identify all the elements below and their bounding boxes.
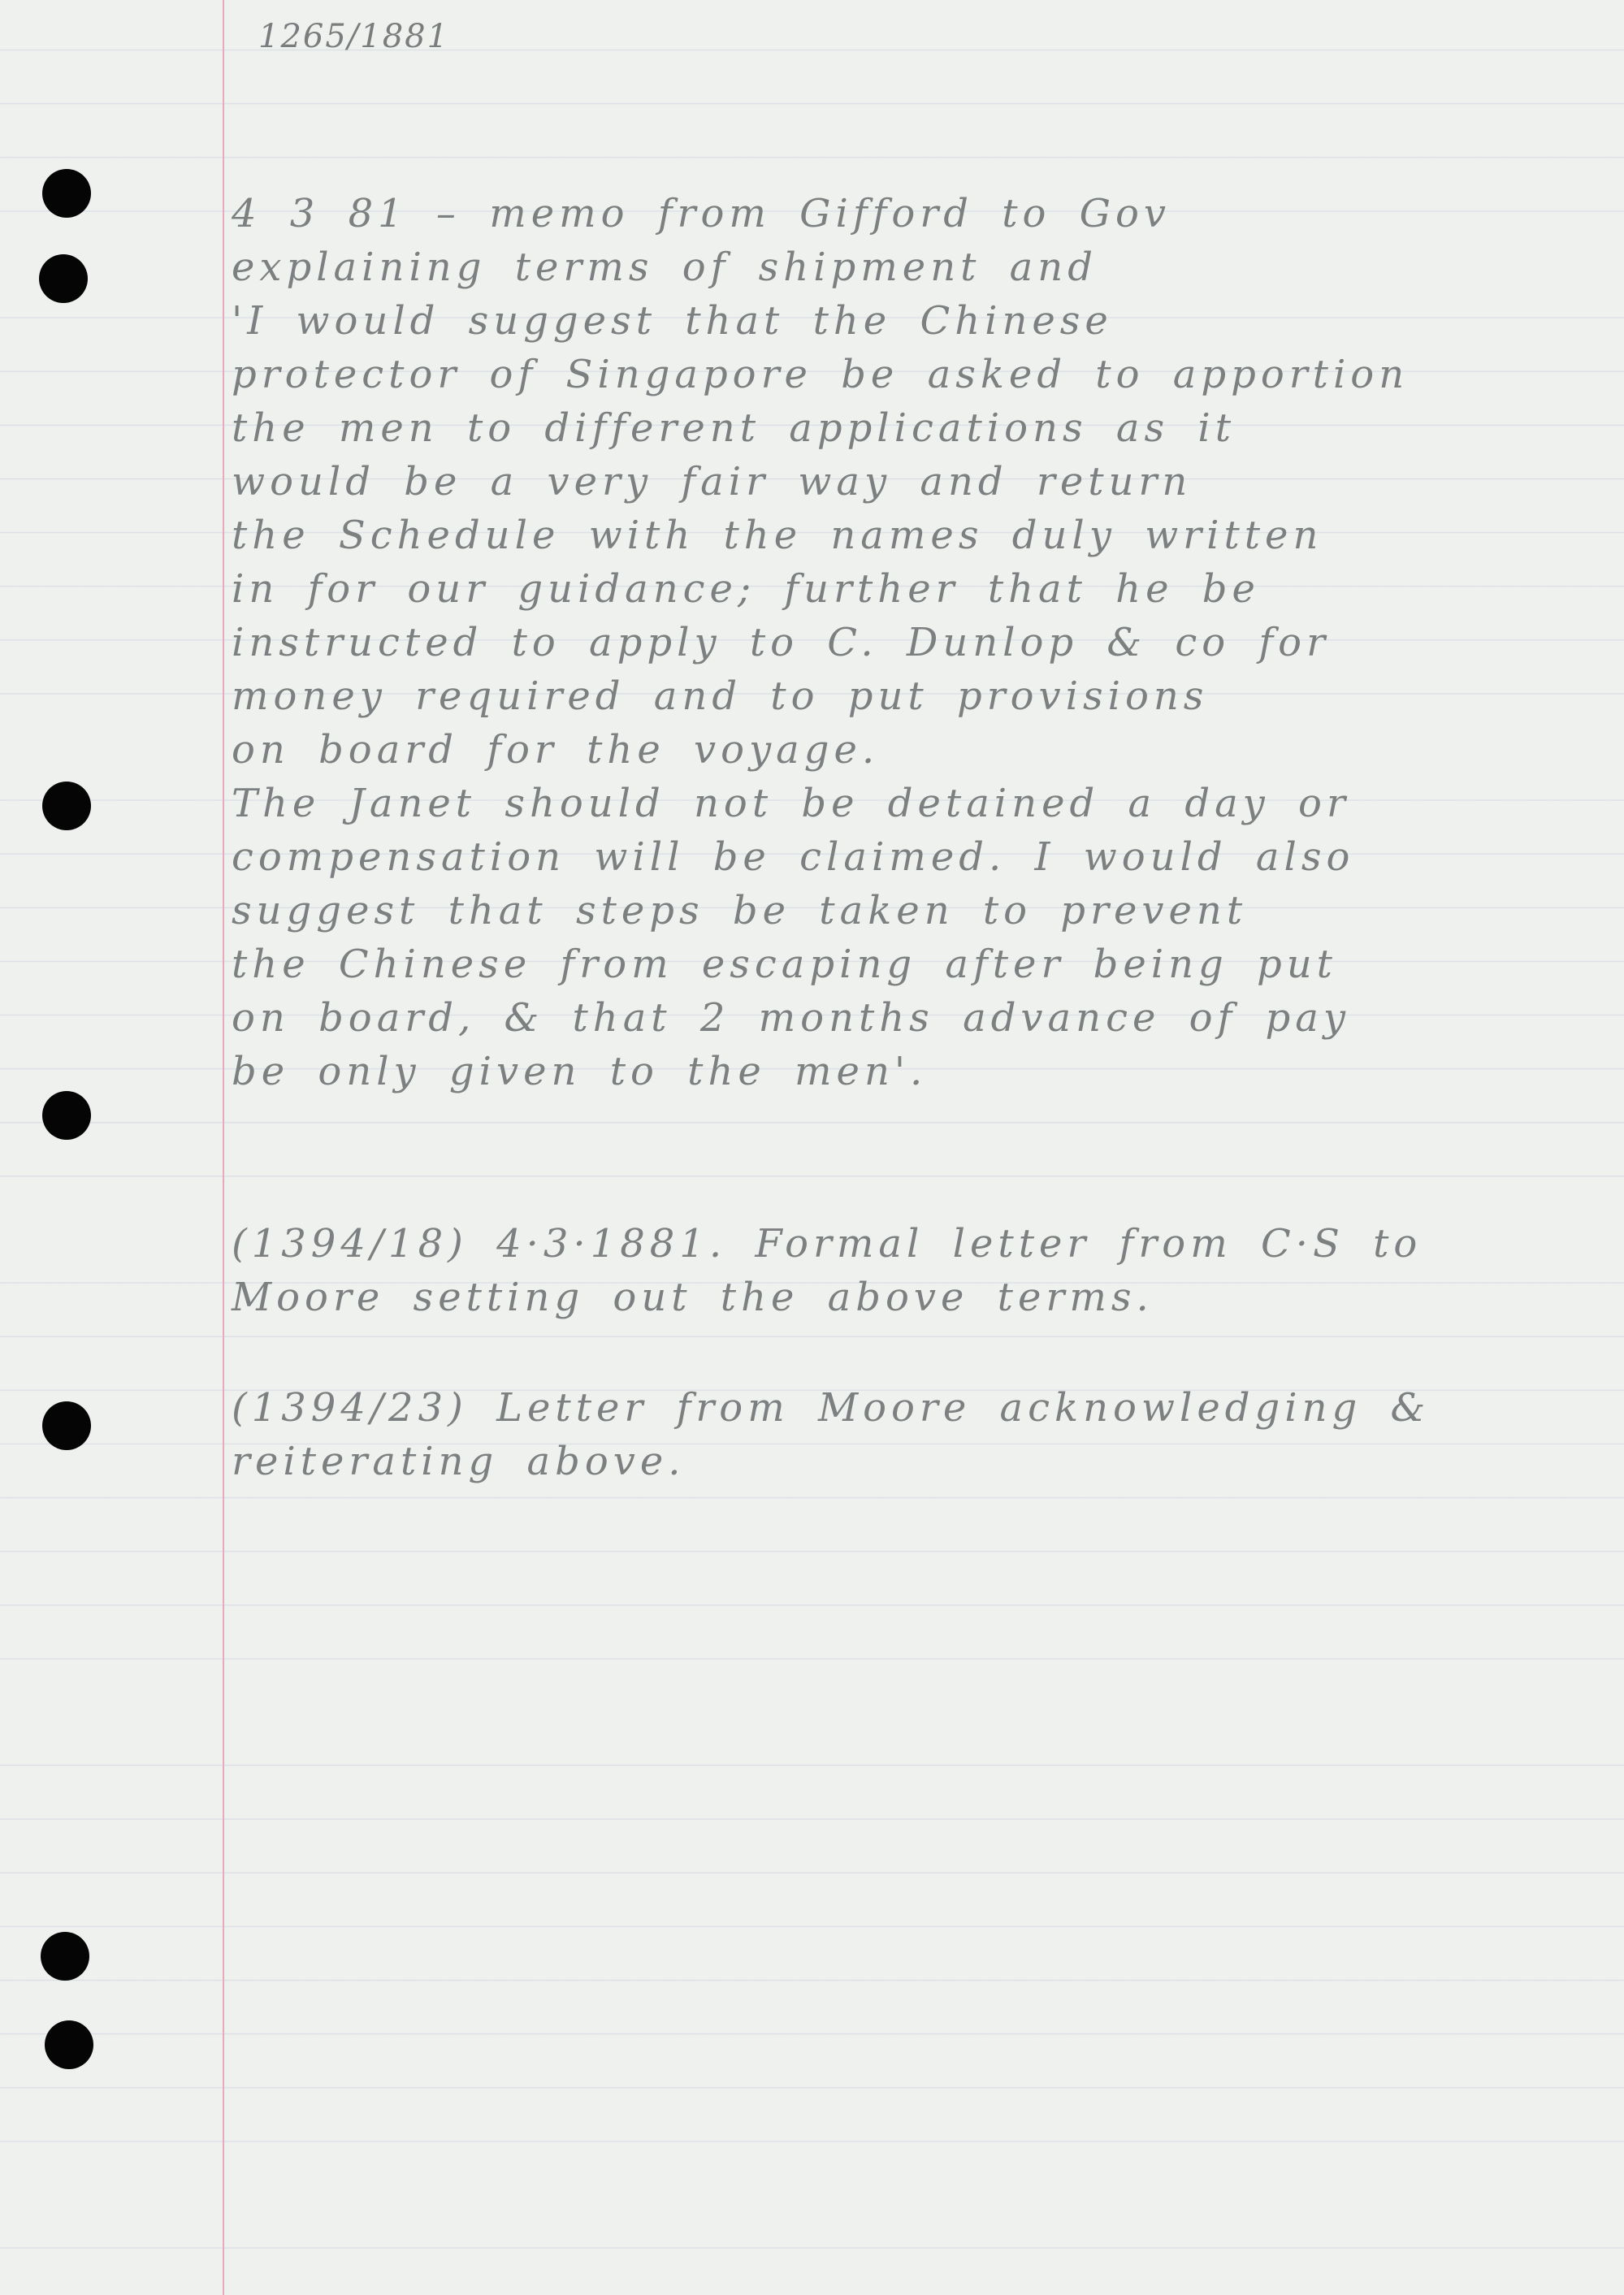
text-line: The Janet should not be detained a day o… [232,777,1613,830]
punch-hole [42,169,91,218]
text-line: protector of Singapore be asked to appor… [232,348,1613,401]
text-line: 'I would suggest that the Chinese [232,294,1613,348]
text-line: explaining terms of shipment and [232,240,1613,294]
punch-hole [42,782,91,830]
text-line: (1394/18) 4·3·1881. Formal letter from C… [232,1217,1613,1271]
text-line: the men to different applications as it [232,401,1613,455]
text-line: on board for the voyage. [232,723,1613,777]
text-line: money required and to put provisions [232,669,1613,723]
text-line: the Chinese from escaping after being pu… [232,937,1613,991]
text-line: reiterating above. [232,1435,1613,1488]
text-line: be only given to the men'. [232,1045,1613,1098]
acknowledgement-entry: (1394/23) Letter from Moore acknowledgin… [232,1381,1613,1488]
text-line: in for our guidance; further that he be [232,562,1613,616]
text-line: on board, & that 2 months advance of pay [232,991,1613,1045]
text-line: 4 3 81 – memo from Gifford to Gov [232,187,1613,240]
punch-hole [41,1932,89,1981]
text-line: suggest that steps be taken to prevent [232,884,1613,937]
margin-line [223,0,224,2295]
file-reference-number: 1265/1881 [258,18,449,55]
text-line: instructed to apply to C. Dunlop & co fo… [232,616,1613,669]
memo-entry: 4 3 81 – memo from Gifford to Gov explai… [232,187,1613,1098]
text-line: would be a very fair way and return [232,455,1613,509]
punch-hole [42,1091,91,1140]
text-line: compensation will be claimed. I would al… [232,830,1613,884]
punch-hole [45,2020,93,2069]
punch-hole [42,1401,91,1450]
text-line: (1394/23) Letter from Moore acknowledgin… [232,1381,1613,1435]
formal-letter-entry: (1394/18) 4·3·1881. Formal letter from C… [232,1217,1613,1324]
text-line: Moore setting out the above terms. [232,1271,1613,1324]
punch-hole [39,254,88,303]
text-line: the Schedule with the names duly written [232,509,1613,562]
